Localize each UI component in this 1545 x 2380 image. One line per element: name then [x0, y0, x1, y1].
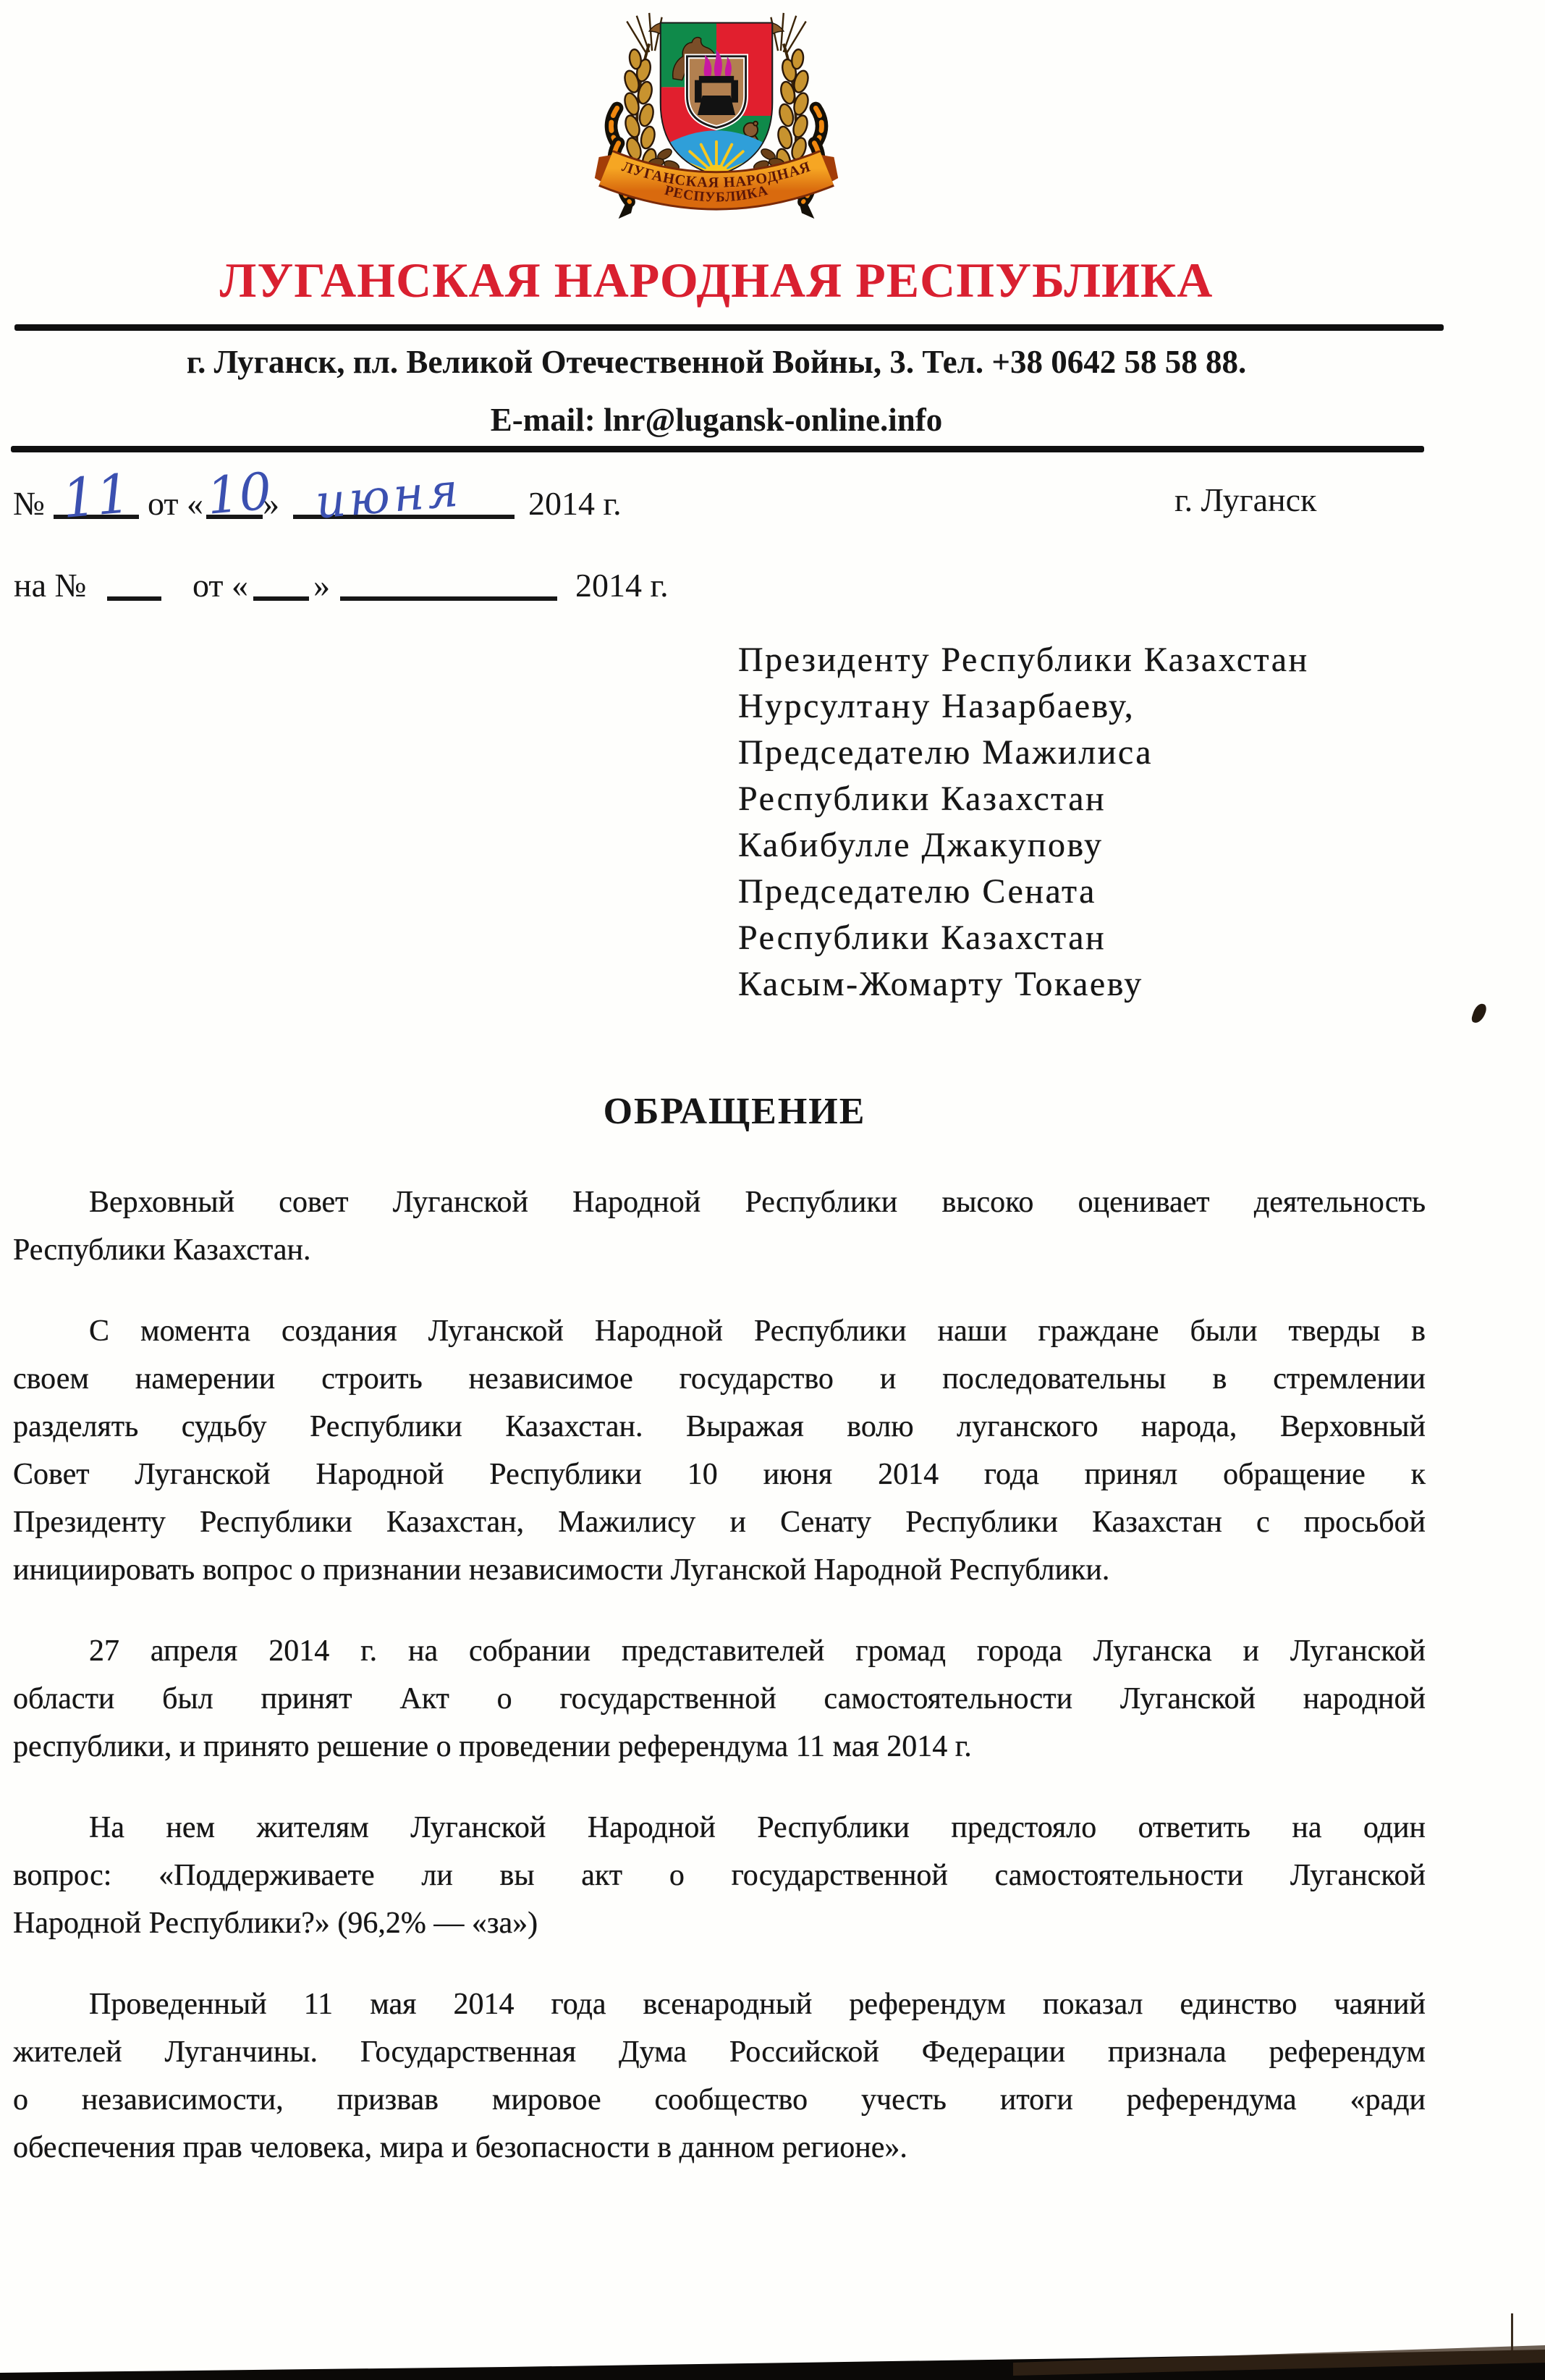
body-line: На нем жителям Луганской Народной Респуб…: [13, 1804, 1426, 1852]
city-label: г. Луганск: [1174, 481, 1316, 519]
address-line: г. Луганск, пл. Великой Отечественной Во…: [11, 343, 1422, 381]
body-line: обеспечения прав человека, мира и безопа…: [13, 2124, 1426, 2172]
reply-prefix: на №: [14, 566, 86, 604]
outgoing-reference-row: № от « » 2014 г. г. Луганск 11 10 июня: [0, 474, 1545, 535]
body-line: вопрос: «Поддерживаете ли вы акт о госуд…: [13, 1852, 1426, 1899]
addressee-line: Касым-Жомарту Токаеву: [738, 961, 1309, 1008]
paragraph: 27 апреля 2014 г. на собрании представит…: [13, 1627, 1426, 1771]
body-line: 27 апреля 2014 г. на собрании представит…: [13, 1627, 1426, 1675]
body-line: Верховный совет Луганской Народной Респу…: [13, 1178, 1426, 1226]
body-line: С момента создания Луганской Народной Ре…: [13, 1307, 1426, 1355]
reply-month-blank: [340, 556, 557, 601]
header-rule-top: [14, 324, 1444, 331]
addressee-line: Председателю Мажилиса: [738, 730, 1309, 776]
furnace-icon: [695, 76, 738, 115]
addressee-line: Республики Казахстан: [738, 915, 1309, 961]
body-line: Республики Казахстан.: [13, 1226, 1426, 1274]
year-label: 2014 г.: [528, 484, 622, 523]
incoming-reference-row: на № от « » 2014 г.: [0, 556, 1545, 617]
appeal-heading: ОБРАЩЕНИЕ: [29, 1090, 1440, 1133]
body-line: Совет Луганской Народной Республики 10 и…: [13, 1451, 1426, 1498]
addressee-line: Республики Казахстан: [738, 776, 1309, 822]
republic-title: ЛУГАНСКАЯ НАРОДНАЯ РЕСПУБЛИКА: [11, 252, 1422, 309]
email-line: E-mail: lnr@lugansk-online.info: [11, 401, 1422, 439]
addressee-line: Нурсултану Назарбаеву,: [738, 683, 1309, 730]
reply-year-label: 2014 г.: [575, 566, 669, 604]
paragraph: Верховный совет Луганской Народной Респу…: [13, 1178, 1426, 1274]
from-label: от «: [148, 484, 203, 523]
letter-body: Верховный совет Луганской Народной Респу…: [13, 1178, 1426, 2205]
body-line: области был принят Акт о государственной…: [13, 1675, 1426, 1723]
reply-number-blank: [107, 556, 161, 601]
body-line: своем намерении строить независимое госу…: [13, 1355, 1426, 1403]
lnr-coat-of-arms: ЛУГАНСКАЯ НАРОДНАЯ РЕСПУБЛИКА: [591, 3, 842, 229]
body-line: Народной Республики?» (96,2% — «за»): [13, 1899, 1426, 1947]
addressee-line: Председателю Сената: [738, 869, 1309, 915]
addressee-line: Президенту Республики Казахстан: [738, 637, 1309, 683]
no-label: №: [13, 484, 45, 523]
paragraph: Проведенный 11 мая 2014 года всенародный…: [13, 1980, 1426, 2172]
ink-speck-artifact: [1470, 1002, 1488, 1025]
body-line: республики, и принято решение о проведен…: [13, 1723, 1426, 1771]
inner-shield: [687, 49, 745, 127]
body-line: о независимости, призвав мировое сообщес…: [13, 2076, 1426, 2124]
body-line: разделять судьбу Республики Казахстан. В…: [13, 1403, 1426, 1451]
reply-day-blank: [253, 556, 309, 601]
scan-edge-band: [0, 2338, 1545, 2380]
addressee-line: Кабибулле Джакупову: [738, 822, 1309, 869]
addressee-block: Президенту Республики КазахстанНурсултан…: [738, 637, 1309, 1008]
handwritten-day: 10: [205, 461, 274, 526]
body-line: Президенту Республики Казахстан, Мажилис…: [13, 1498, 1426, 1546]
reply-quote-close: »: [313, 566, 330, 604]
reply-from-label: от «: [192, 566, 248, 604]
paragraph: С момента создания Луганской Народной Ре…: [13, 1307, 1426, 1594]
body-line: Проведенный 11 мая 2014 года всенародный…: [13, 1980, 1426, 2028]
paragraph: На нем жителям Луганской Народной Респуб…: [13, 1804, 1426, 1947]
handwritten-number: 11: [59, 463, 132, 531]
scanned-letter-page: ЛУГАНСКАЯ НАРОДНАЯ РЕСПУБЛИКА ЛУГАНСКАЯ …: [0, 0, 1545, 2380]
body-line: инициировать вопрос о признании независи…: [13, 1546, 1426, 1594]
body-line: жителей Луганчины. Государственная Дума …: [13, 2028, 1426, 2076]
header-rule-bottom: [11, 446, 1424, 452]
